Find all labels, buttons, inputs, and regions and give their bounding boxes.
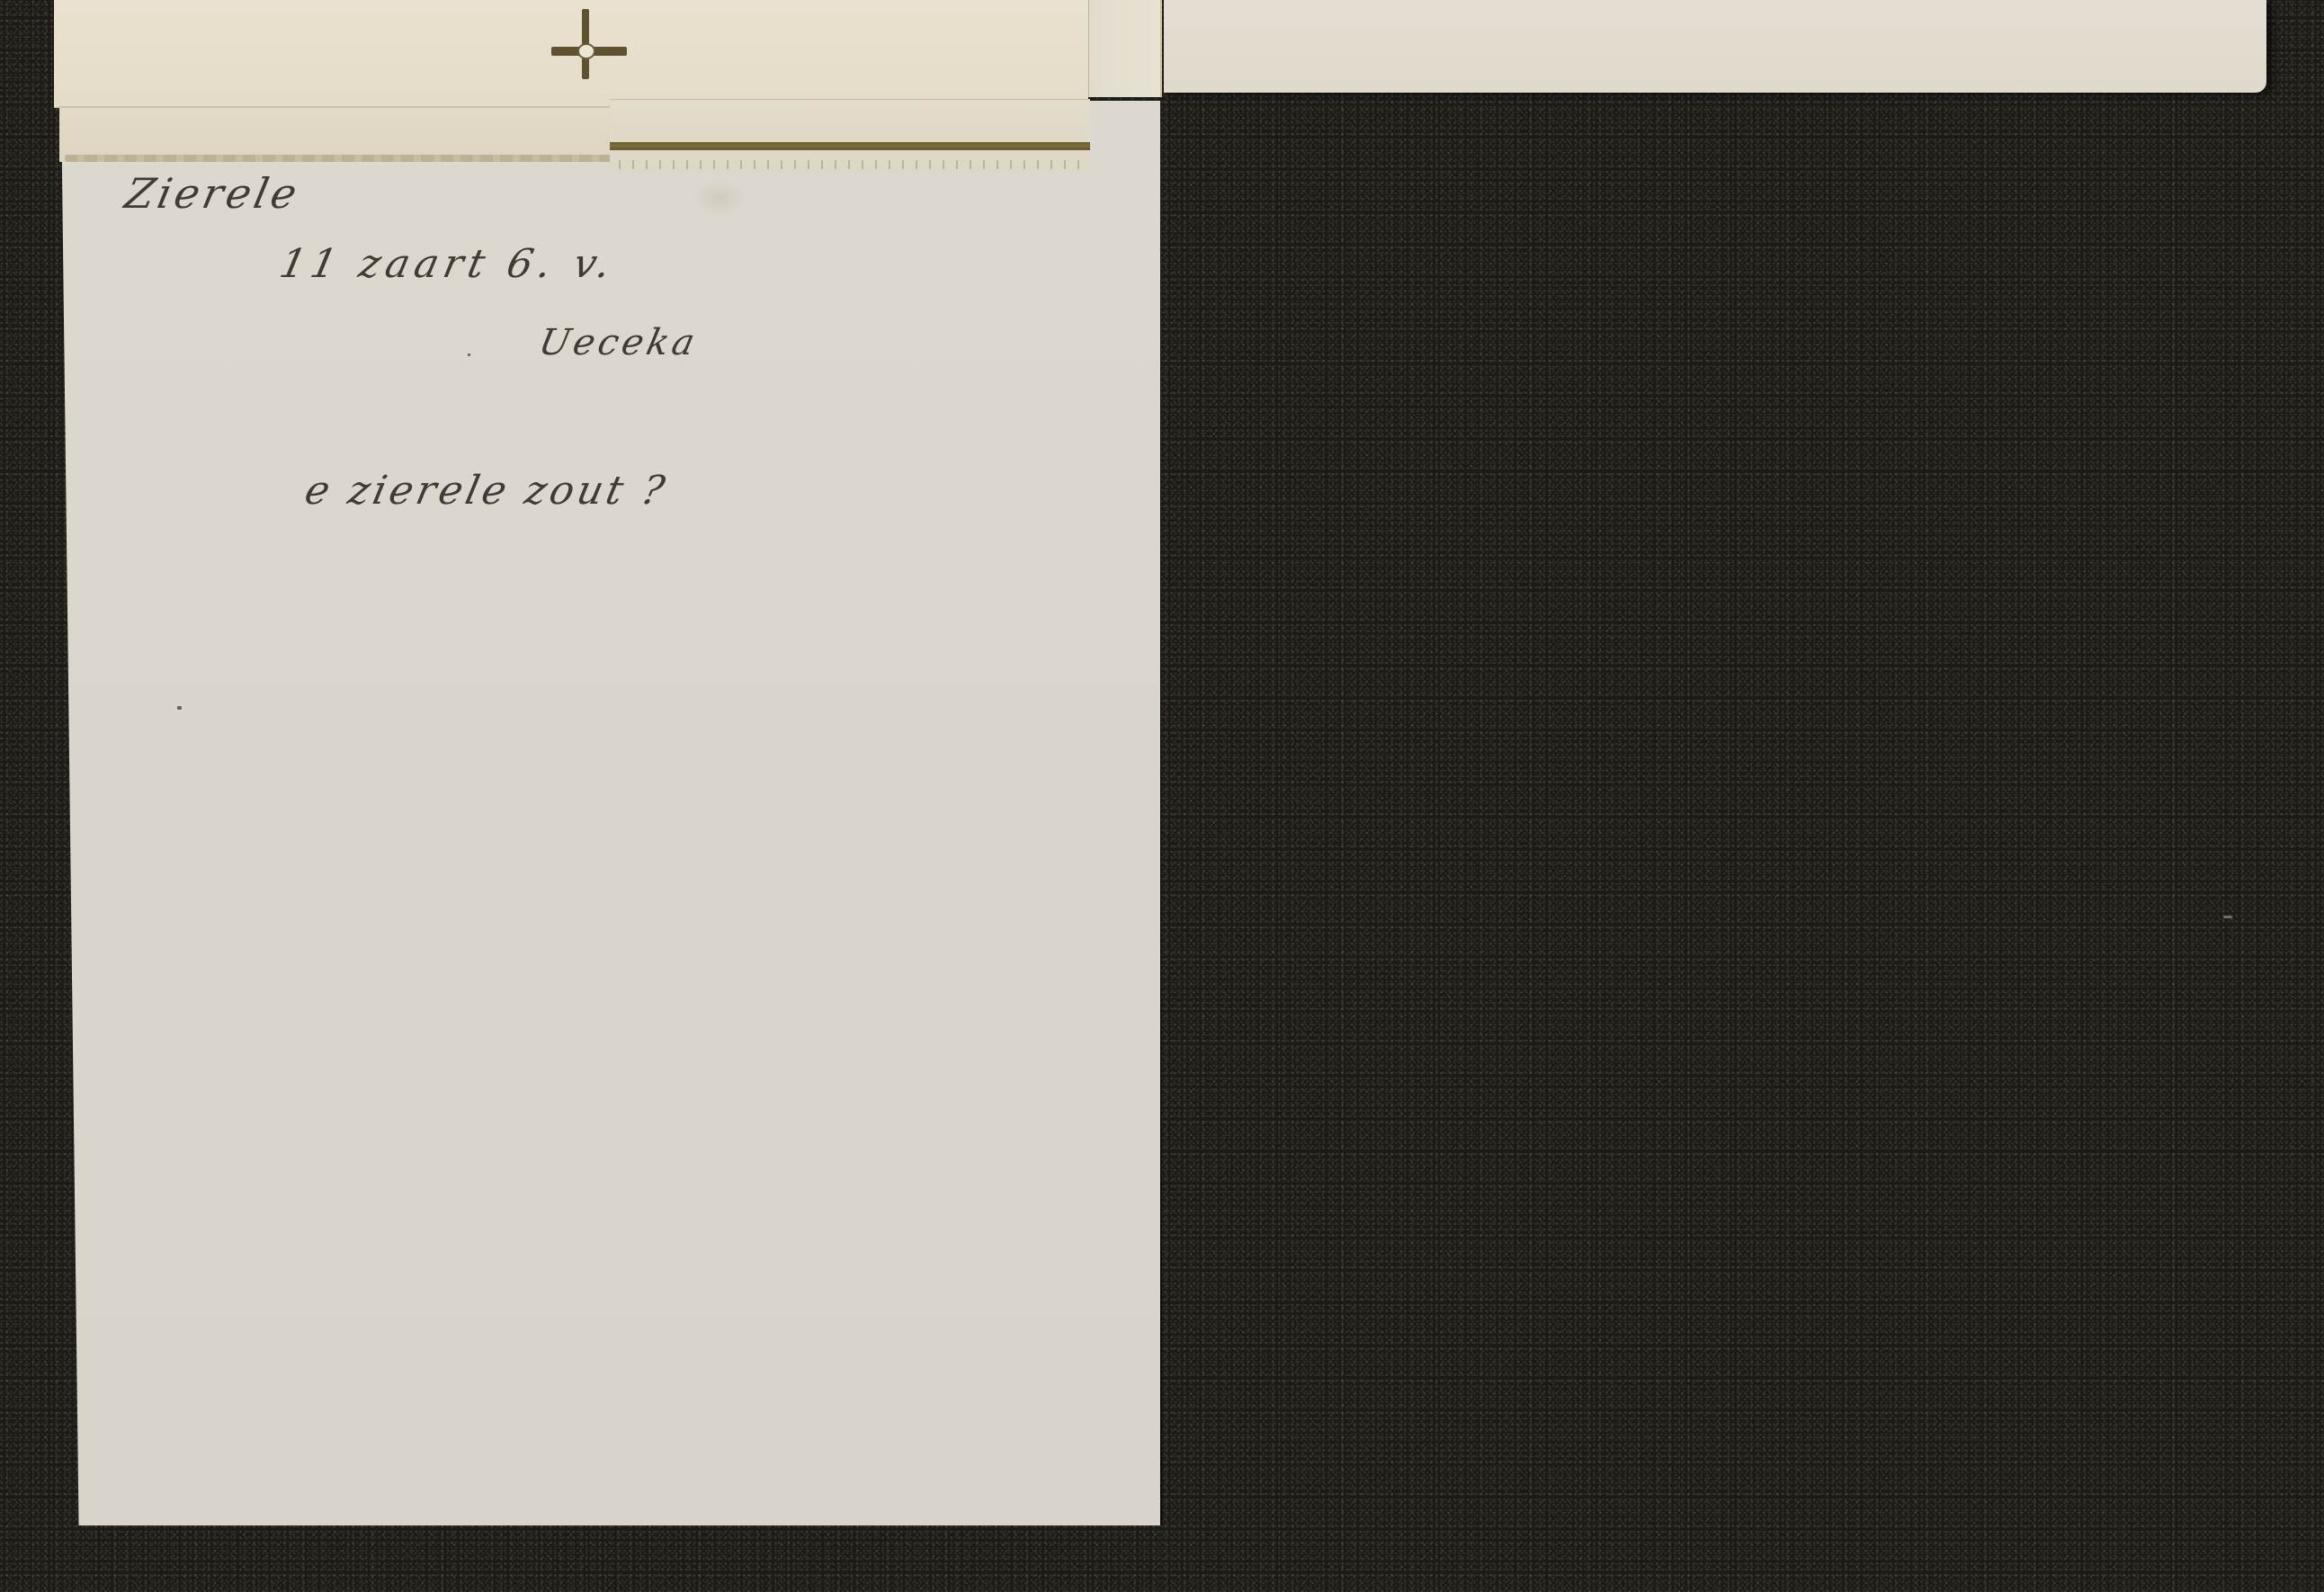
ink-speck xyxy=(177,706,182,710)
handwriting-line-2: 11 zaart 6. v. xyxy=(276,241,621,287)
main-handwritten-page xyxy=(61,101,1160,1525)
handwriting-line-3: Ueceka xyxy=(535,322,702,363)
right-top-paper-sheet xyxy=(1164,0,2266,93)
ink-speck xyxy=(468,353,470,356)
handwriting-line-4: e zierele zout ? xyxy=(301,468,673,514)
perforated-edge xyxy=(613,160,1086,169)
top-folded-strip xyxy=(54,0,1088,108)
pin-hole xyxy=(577,43,595,59)
paper-stain xyxy=(693,180,746,216)
gilt-edged-label xyxy=(610,99,1090,171)
cross-mark-icon xyxy=(551,9,627,81)
gold-band xyxy=(610,142,1090,150)
dust-speck xyxy=(2223,916,2232,918)
torn-edge xyxy=(65,155,613,162)
middle-fold-panel xyxy=(1088,0,1162,97)
handwriting-line-1: Zierele xyxy=(121,169,305,218)
